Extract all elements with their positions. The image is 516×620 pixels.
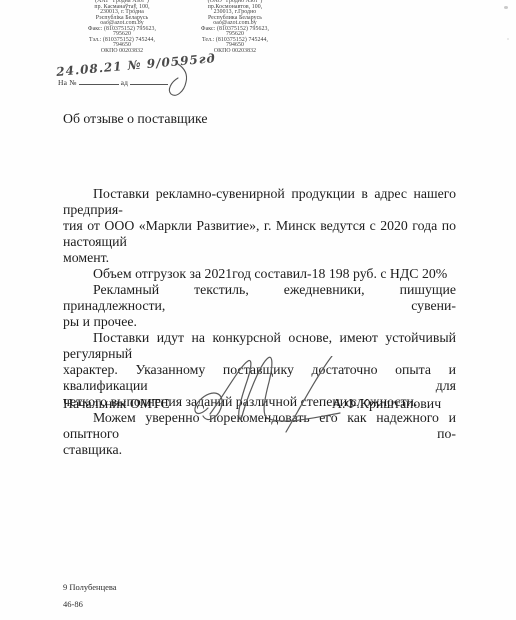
body-line: тия от ООО «Маркли Развитие», г. Минск в…	[63, 218, 456, 250]
scan-speck	[504, 6, 508, 9]
reply-reference-line: На №ад	[58, 77, 168, 87]
letter-subject: Об отзыве о поставщике	[63, 111, 208, 127]
signature-icon	[190, 356, 350, 438]
scanned-letter-page: (ААТ "Гродна Азот") пр. Касманаўтаў, 100…	[0, 0, 516, 620]
letter-footer: 9 Полубенцева 46-86	[63, 582, 117, 616]
executor-name: 9 Полубенцева	[63, 582, 117, 592]
signer-position: Начальник ОМТС	[63, 396, 170, 412]
body-line: Поставки рекламно-сувенирной продукции в…	[63, 186, 456, 218]
body-line: Объем отгрузок за 2021год составил-18 19…	[63, 266, 456, 282]
letterhead-russian: (ОАО "Гродно Азот") пр.Космонавтов, 100,…	[179, 0, 291, 54]
blank-line	[130, 77, 168, 85]
ad-label: ад	[121, 78, 129, 87]
na-label: На №	[58, 78, 77, 87]
scan-speck	[507, 38, 509, 40]
letterhead-okpo: ОКПО 00203832	[66, 49, 178, 55]
body-line: ры и прочее.	[63, 314, 456, 330]
signer-name: А.Ф.Криштапович	[332, 396, 441, 412]
body-line: ставщика.	[63, 442, 456, 458]
blank-line	[79, 77, 119, 85]
body-line: Рекламный текстиль, ежедневники, пишущие…	[63, 282, 456, 314]
body-line: момент.	[63, 250, 456, 266]
letterhead-belarusian: (ААТ "Гродна Азот") пр. Касманаўтаў, 100…	[66, 0, 178, 54]
executor-phone: 46-86	[63, 599, 117, 609]
